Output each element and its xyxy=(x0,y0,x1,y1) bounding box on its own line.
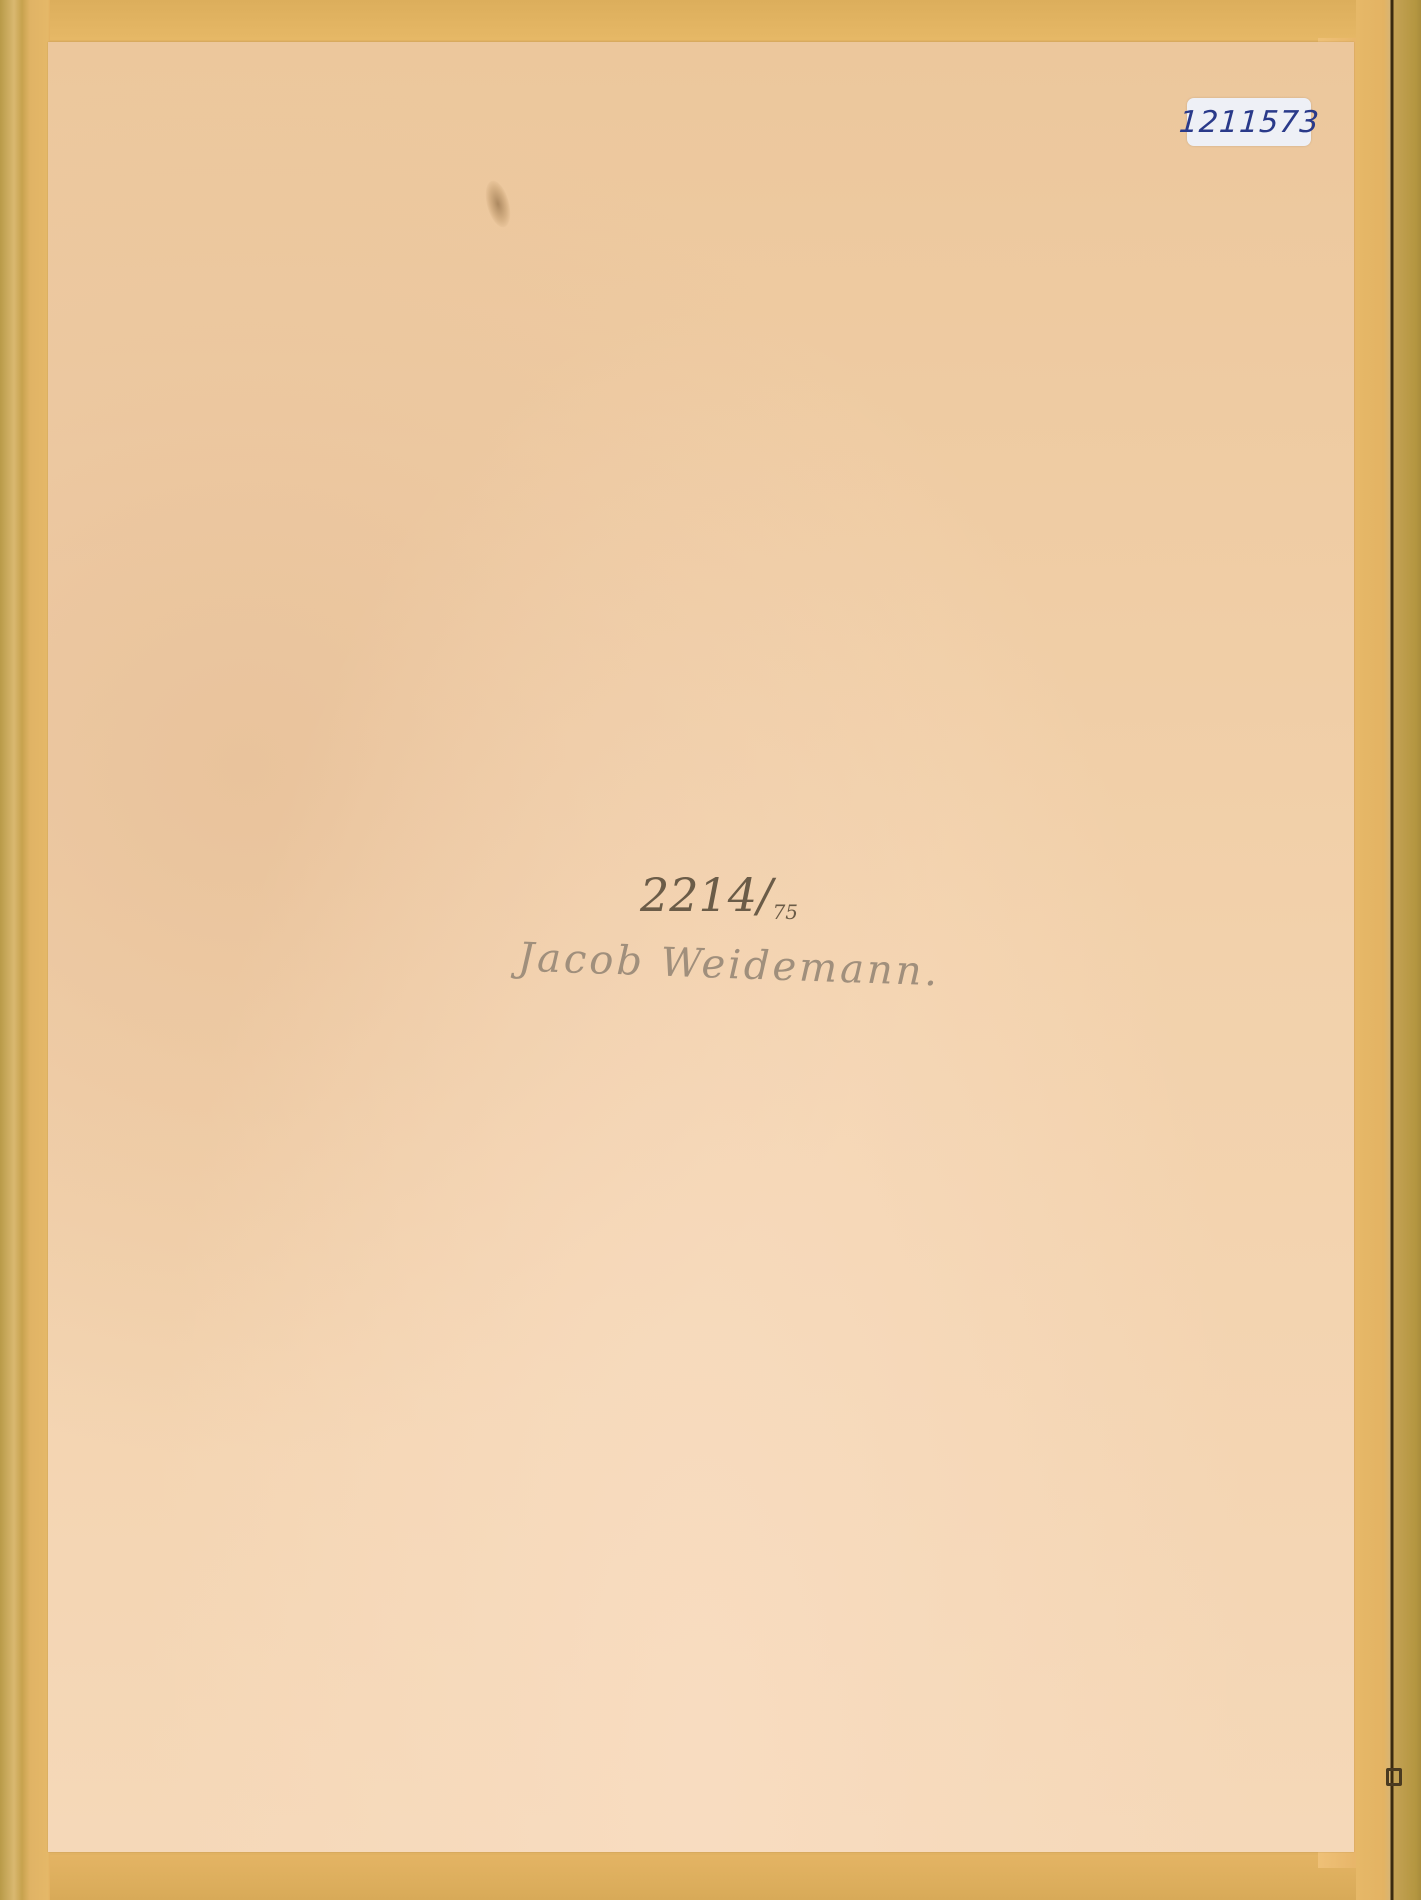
tape-right-edge xyxy=(1356,0,1421,1900)
hanging-hook-icon xyxy=(1386,1768,1402,1786)
pencil-inventory-number: 2214/75 xyxy=(640,868,798,924)
inventory-number: 2214 xyxy=(640,868,757,922)
label-number: 1211573 xyxy=(1177,105,1320,140)
inventory-suffix: 75 xyxy=(773,900,798,924)
inventory-label: 1211573 xyxy=(1187,98,1311,146)
